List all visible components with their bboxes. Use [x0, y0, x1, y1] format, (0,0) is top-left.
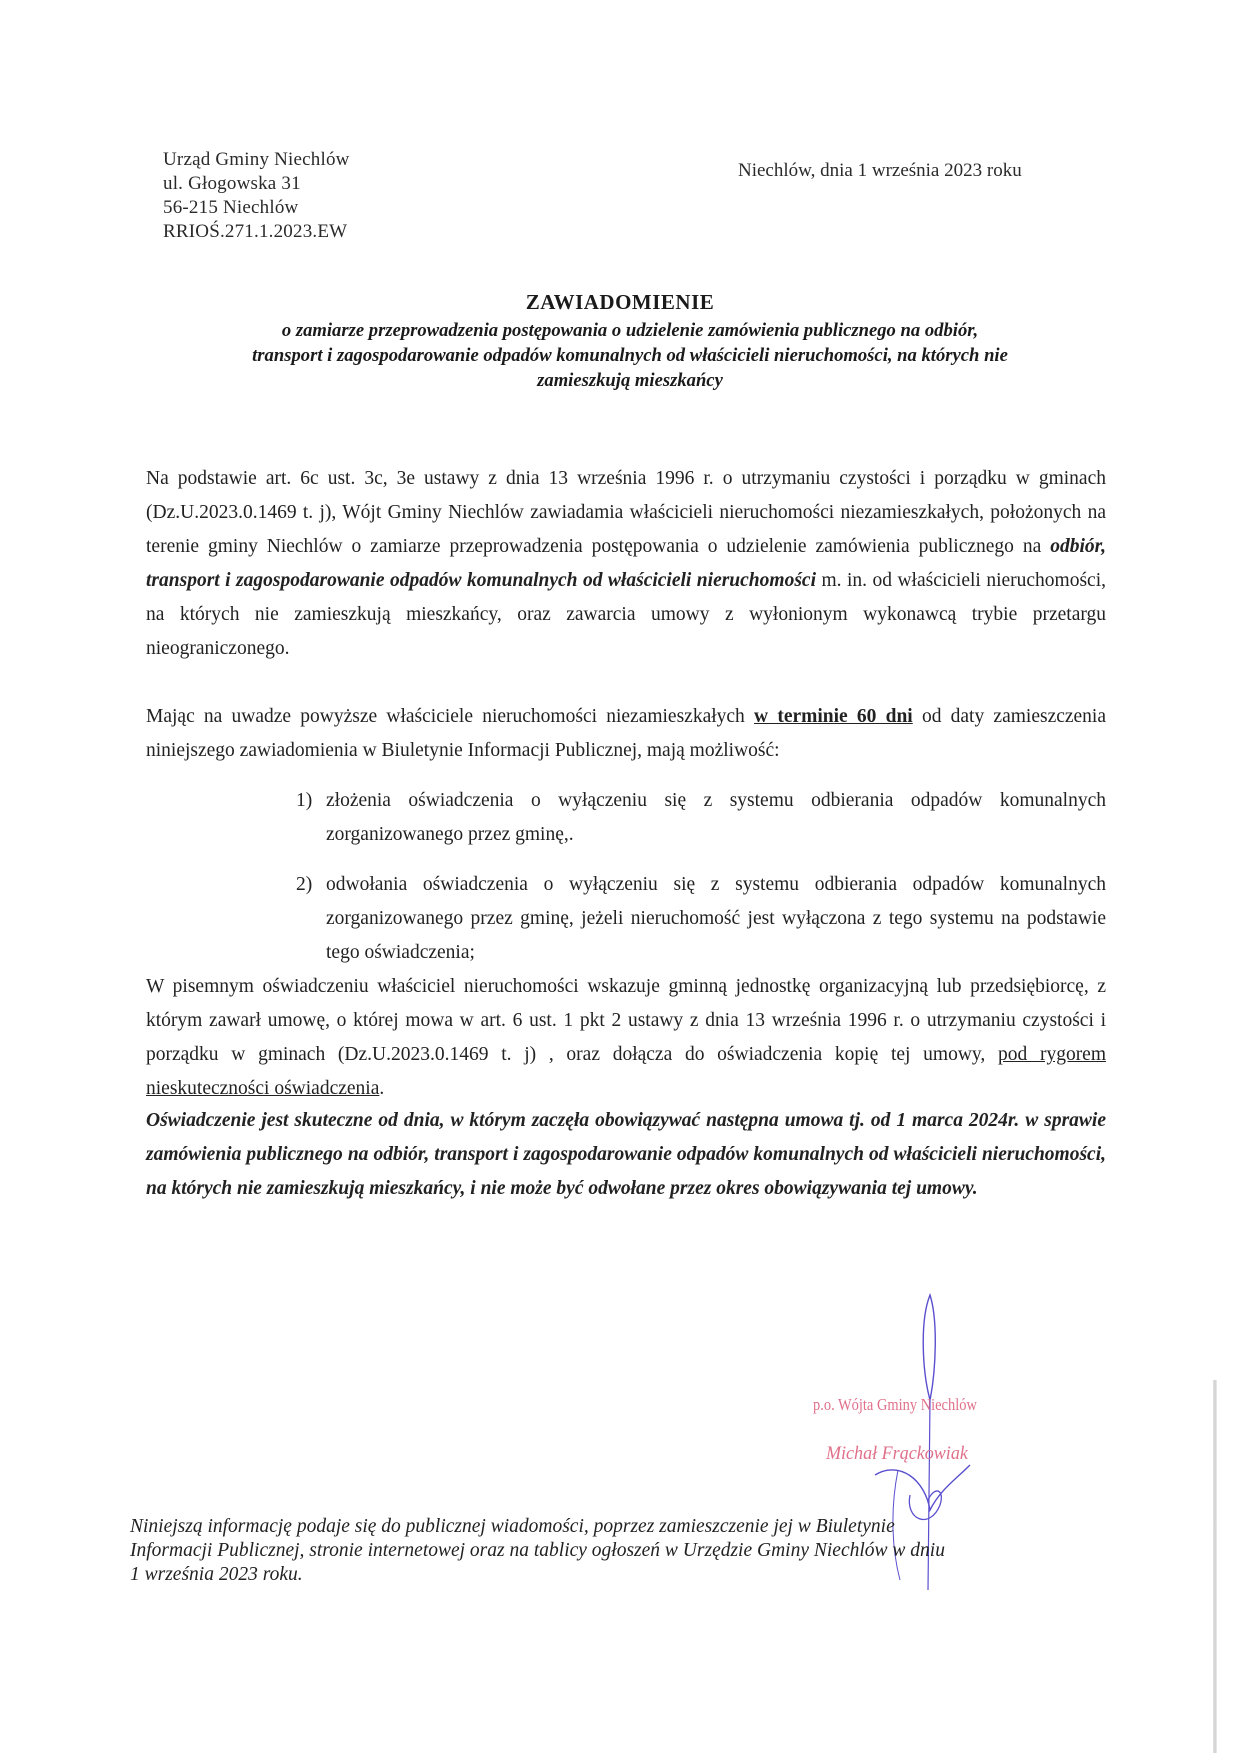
paragraph-effective-date: Oświadczenie jest skuteczne od dnia, w k… [146, 1104, 1106, 1206]
reference-number: RRIOŚ.271.1.2023.EW [163, 220, 350, 244]
option-list-item: 1) złożenia oświadczenia o wyłączeniu si… [296, 784, 1106, 852]
publication-notice: Niniejszą informację podaje się do publi… [130, 1515, 1090, 1587]
stamp-title: p.o. Wójta Gminy Niechlów [813, 1395, 977, 1415]
list-number: 2) [296, 868, 312, 902]
paragraph-text: Na podstawie art. 6c ust. 3c, 3e ustawy … [146, 468, 1106, 557]
list-text: złożenia oświadczenia o wyłączeniu się z… [326, 784, 1106, 852]
sender-street: ul. Głogowska 31 [163, 172, 350, 196]
document-title: ZAWIADOMIENIE [0, 290, 1240, 315]
scan-edge-shadow [1213, 1380, 1217, 1753]
sender-address-block: Urząd Gminy Niechlów ul. Głogowska 31 56… [163, 148, 350, 244]
footer-line: Informacji Publicznej, stronie interneto… [130, 1539, 1090, 1563]
paragraph-statement-requirements: W pisemnym oświadczeniu właściciel nieru… [146, 970, 1106, 1106]
option-list-item: 2) odwołania oświadczenia o wyłączeniu s… [296, 868, 1106, 970]
document-subtitle: o zamiarze przeprowadzenia postępowania … [160, 318, 1101, 393]
paragraph-text: Mając na uwadze powyższe właściciele nie… [146, 706, 754, 727]
paragraph-legal-basis: Na podstawie art. 6c ust. 3c, 3e ustawy … [146, 462, 1106, 666]
deadline-emphasis: w terminie 60 dni [754, 706, 913, 727]
paragraph-text: . [379, 1078, 384, 1099]
paragraph-deadline: Mając na uwadze powyższe właściciele nie… [146, 700, 1106, 768]
subtitle-line: zamieszkują mieszkańcy [160, 368, 1101, 393]
subtitle-line: transport i zagospodarowanie odpadów kom… [160, 343, 1101, 368]
footer-line: 1 września 2023 roku. [130, 1563, 1090, 1587]
subtitle-line: o zamiarze przeprowadzenia postępowania … [160, 318, 1101, 343]
list-number: 1) [296, 784, 312, 818]
stamp-name: Michał Frąckowiak [826, 1443, 968, 1465]
paragraph-text: W pisemnym oświadczeniu właściciel nieru… [146, 976, 1106, 1065]
list-text: odwołania oświadczenia o wyłączeniu się … [326, 868, 1106, 970]
sender-postal: 56-215 Niechlów [163, 196, 350, 220]
footer-line: Niniejszą informację podaje się do publi… [130, 1515, 1090, 1539]
sender-office: Urząd Gminy Niechlów [163, 148, 350, 172]
date-line: Niechlów, dnia 1 września 2023 roku [738, 160, 1022, 182]
